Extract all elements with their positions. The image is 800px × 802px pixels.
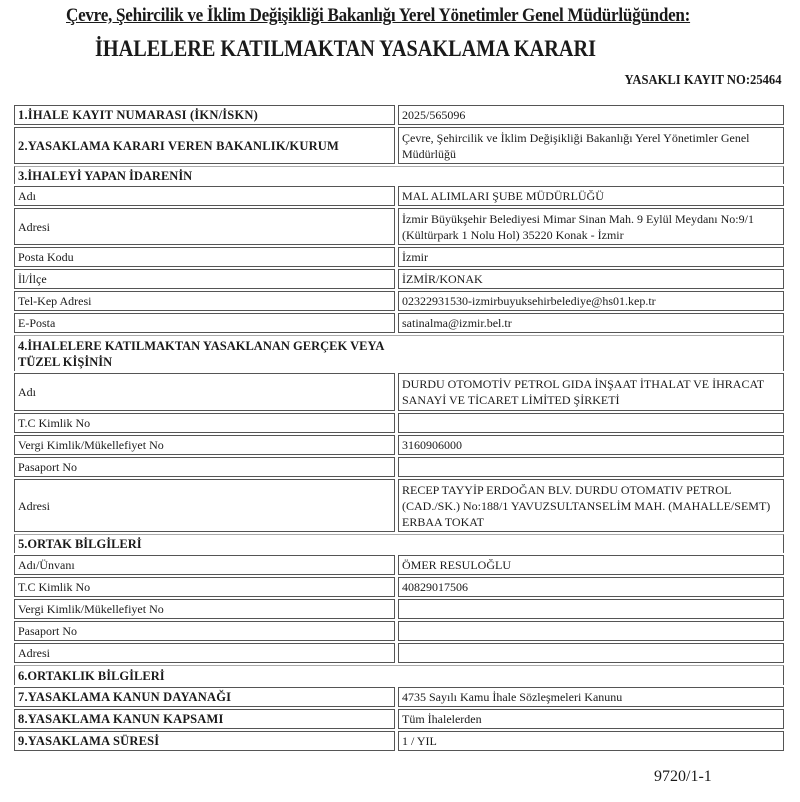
field-value: RECEP TAYYİP ERDOĞAN BLV. DURDU OTOMATIV… (398, 479, 784, 532)
field-label: Vergi Kimlik/Mükellefiyet No (14, 435, 395, 455)
field-value: 4735 Sayılı Kamu İhale Sözleşmeleri Kanu… (398, 687, 784, 707)
row-banned-entity-name: Adı DURDU OTOMOTİV PETROL GIDA İNŞAAT İT… (14, 373, 784, 411)
field-value: 40829017506 (398, 577, 784, 597)
field-value (398, 457, 784, 477)
field-label: İl/İlçe (14, 269, 395, 289)
field-label: Tel-Kep Adresi (14, 291, 395, 311)
field-value: İzmir Büyükşehir Belediyesi Mimar Sinan … (398, 208, 784, 245)
field-value: Tüm İhalelerden (398, 709, 784, 729)
row-tender-registration-number: 1.İHALE KAYIT NUMARASI (İKN/İSKN) 2025/5… (14, 105, 784, 125)
field-label: 8.YASAKLAMA KANUN KAPSAMI (14, 709, 395, 729)
row-partner-tax-id: Vergi Kimlik/Mükellefiyet No (14, 599, 784, 619)
field-value: İZMİR/KONAK (398, 269, 784, 289)
field-label: Pasaport No (14, 457, 395, 477)
issuing-authority-heading: Çevre, Şehircilik ve İklim Değişikliği B… (66, 5, 690, 27)
field-value: ÖMER RESULOĞLU (398, 555, 784, 575)
field-value (398, 413, 784, 433)
row-issuing-ministry: 2.YASAKLAMA KARARI VEREN BAKANLIK/KURUM … (14, 127, 784, 164)
section-title: 4.İHALELERE KATILMAKTAN YASAKLANAN GERÇE… (18, 338, 396, 370)
row-authority-email: E-Posta satinalma@izmir.bel.tr (14, 313, 784, 333)
row-banned-entity-national-id: T.C Kimlik No (14, 413, 784, 433)
field-label: Pasaport No (14, 621, 395, 641)
field-label: Adı/Ünvanı (14, 555, 395, 575)
field-label: E-Posta (14, 313, 395, 333)
row-partner-address: Adresi (14, 643, 784, 663)
row-partner-passport: Pasaport No (14, 621, 784, 641)
section-banned-entity: 4.İHALELERE KATILMAKTAN YASAKLANAN GERÇE… (14, 335, 784, 371)
field-value: satinalma@izmir.bel.tr (398, 313, 784, 333)
row-legal-basis: 7.YASAKLAMA KANUN DAYANAĞI 4735 Sayılı K… (14, 687, 784, 707)
row-authority-address: Adresi İzmir Büyükşehir Belediyesi Mimar… (14, 208, 784, 245)
field-value: DURDU OTOMOTİV PETROL GIDA İNŞAAT İTHALA… (398, 373, 784, 411)
section-title: 6.ORTAKLIK BİLGİLERİ (18, 668, 396, 684)
field-value: 02322931530-izmirbuyuksehirbelediye@hs01… (398, 291, 784, 311)
row-partner-national-id: T.C Kimlik No 40829017506 (14, 577, 784, 597)
row-authority-postal-code: Posta Kodu İzmir (14, 247, 784, 267)
row-authority-name: Adı MAL ALIMLARI ŞUBE MÜDÜRLÜĞÜ (14, 186, 784, 206)
field-label: 9.YASAKLAMA SÜRESİ (14, 731, 395, 751)
field-label: 1.İHALE KAYIT NUMARASI (İKN/İSKN) (14, 105, 395, 125)
section-contracting-authority: 3.İHALEYİ YAPAN İDARENİN (14, 166, 784, 184)
field-value: 2025/565096 (398, 105, 784, 125)
decision-form-table: 1.İHALE KAYIT NUMARASI (İKN/İSKN) 2025/5… (14, 105, 784, 753)
row-authority-province-district: İl/İlçe İZMİR/KONAK (14, 269, 784, 289)
field-value: İzmir (398, 247, 784, 267)
field-value: 1 / YIL (398, 731, 784, 751)
row-authority-kep-address: Tel-Kep Adresi 02322931530-izmirbuyukseh… (14, 291, 784, 311)
field-value: MAL ALIMLARI ŞUBE MÜDÜRLÜĞÜ (398, 186, 784, 206)
section-partner-info: 5.ORTAK BİLGİLERİ (14, 534, 784, 553)
field-label: 7.YASAKLAMA KANUN DAYANAĞI (14, 687, 395, 707)
record-number: YASAKLI KAYIT NO:25464 (625, 73, 782, 89)
field-label: Adresi (14, 208, 395, 245)
field-value: Çevre, Şehircilik ve İklim Değişikliği B… (398, 127, 784, 164)
section-title: 5.ORTAK BİLGİLERİ (18, 536, 396, 552)
row-ban-scope: 8.YASAKLAMA KANUN KAPSAMI Tüm İhalelerde… (14, 709, 784, 729)
field-value (398, 599, 784, 619)
field-value (398, 643, 784, 663)
row-ban-duration: 9.YASAKLAMA SÜRESİ 1 / YIL (14, 731, 784, 751)
field-label: 2.YASAKLAMA KARARI VEREN BAKANLIK/KURUM (14, 127, 395, 164)
row-partner-name: Adı/Ünvanı ÖMER RESULOĞLU (14, 555, 784, 575)
field-label: Adı (14, 373, 395, 411)
field-label: Adresi (14, 479, 395, 532)
field-label: Posta Kodu (14, 247, 395, 267)
field-label: T.C Kimlik No (14, 413, 395, 433)
field-value (398, 621, 784, 641)
section-partnership-info: 6.ORTAKLIK BİLGİLERİ (14, 665, 784, 685)
field-label: Adresi (14, 643, 395, 663)
field-label: Vergi Kimlik/Mükellefiyet No (14, 599, 395, 619)
row-banned-entity-passport: Pasaport No (14, 457, 784, 477)
page-reference: 9720/1-1 (654, 768, 712, 786)
field-label: Adı (14, 186, 395, 206)
field-label: T.C Kimlik No (14, 577, 395, 597)
section-title: 3.İHALEYİ YAPAN İDARENİN (18, 168, 396, 184)
field-value: 3160906000 (398, 435, 784, 455)
row-banned-entity-address: Adresi RECEP TAYYİP ERDOĞAN BLV. DURDU O… (14, 479, 784, 532)
document-title: İHALELERE KATILMAKTAN YASAKLAMA KARARI (95, 36, 596, 62)
row-banned-entity-tax-id: Vergi Kimlik/Mükellefiyet No 3160906000 (14, 435, 784, 455)
